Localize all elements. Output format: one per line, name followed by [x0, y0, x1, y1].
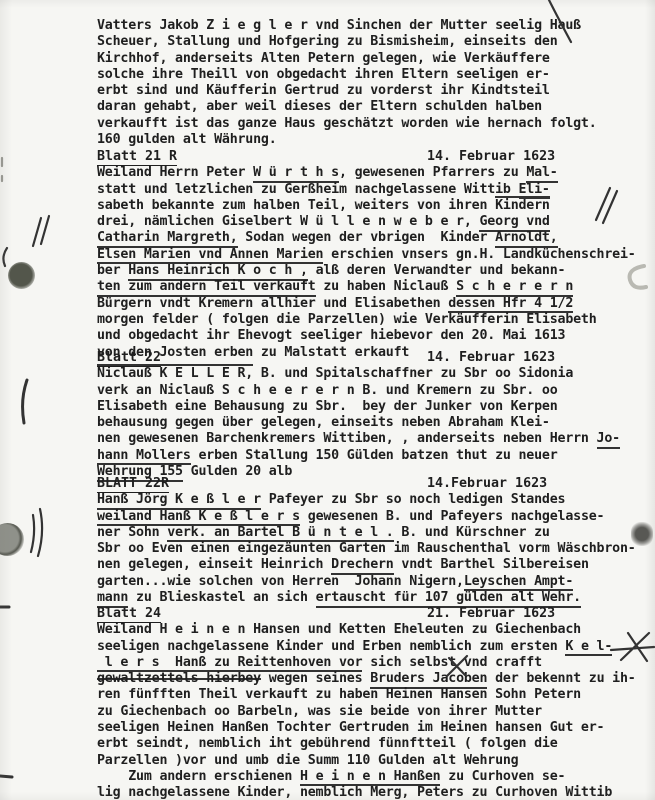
document-line: Bürgern vndt Kremern allhier und Elisabe… [97, 296, 655, 312]
text-run: wegen seines [261, 671, 370, 686]
text-run: sich selbst vnd crafft [362, 655, 542, 670]
text-run: erbt seindt, nemblich iht gebührend fünn… [97, 736, 558, 751]
text-run: erschien vnsers gn.H. Landküchenschrei- [323, 247, 635, 262]
document-line: lig nachgelassene Kinder, nemblich Merg,… [97, 785, 655, 800]
document-line: nen gelegen, einseit Heinrich Drechern v… [97, 557, 655, 573]
text-run: seeligen nachgelassene Kinder und Erben … [97, 639, 565, 654]
double-bar-left-margin [33, 216, 49, 246]
document-line: sabeth bekannte zum halben Teil, weiters… [97, 198, 655, 214]
pen-marked-text: W ü r t h s [253, 165, 339, 183]
document-line: Niclauß K E L L E R, B. und Spitalschaff… [97, 366, 655, 382]
document-line: seeligen nachgelassene Kinder und Erben … [97, 639, 655, 655]
document-line: daran gehabt, aber weil dieses der Elter… [97, 99, 655, 115]
text-run: lig nachgelassene Kinder, nemblich Merg,… [97, 785, 612, 800]
document-line: nen gewesenen Barchenkremers Wittiben, ,… [97, 431, 655, 447]
text-run: garten...wie solchen von Herren Johann N… [97, 574, 464, 589]
text-run: 160 gulden alt Währung. [97, 132, 277, 147]
text-run: Vatters Jakob Z i e g l e r vnd Sinchen … [97, 18, 581, 33]
pen-marked-text: Leyschen Ampt- [464, 574, 573, 592]
section-heading-row: BLATT 22R14.Februar 1623 [97, 476, 655, 492]
record-section: Blatt 2214. Februar 1623Niclauß K E L L … [97, 350, 655, 480]
document-line: verkaufft ist das ganze Haus geschätzt w… [97, 116, 655, 132]
document-line: Zum andern erschienen H e i n e n Hanßen… [97, 769, 655, 785]
pen-marked-text: hann Mollers [97, 448, 191, 466]
text-run: ber [97, 263, 128, 278]
document-line: drei, nämlichen Giselbert W ü l l e n w … [97, 214, 655, 230]
pen-marked-text: verk. an Bartel B ü n t e l . [167, 525, 393, 543]
pen-marked-text: l e r s Hanß zu Reittenhoven vor [97, 655, 362, 673]
document-line: weiland Hanß K e ß l e r s gewesenen B. … [97, 509, 655, 525]
document-line: Hanß Jörg K e ß l e r Pafeyer zu Sbr so … [97, 492, 655, 508]
document-line: erbt sind und Käufferin Gertrud zu vorde… [97, 83, 655, 99]
text-run: alß deren Verwandter und bekann- [308, 263, 566, 278]
text-run: Weiland Herrn Peter [97, 165, 253, 180]
text-run: Pafeyer zu Sbr so noch ledigen Standes [261, 492, 565, 507]
text-run: solche ihre Theill von obgedacht ihren E… [97, 67, 550, 82]
pen-marked-text: S c h e r e r n [456, 279, 573, 297]
pen-marked-text: H e i n e n Hanßen [300, 769, 441, 787]
text-run: ren fünfften Theil verkauft zu haben Hei… [97, 687, 581, 702]
hole-punch-lower [0, 523, 24, 556]
document-line: ten zum andern Teil verkauft zu haben Ni… [97, 279, 655, 295]
text-run: Elisabeth eine Behausung zu Sbr. bey der… [97, 399, 558, 414]
text-run: Zum andern erschienen [97, 769, 300, 784]
pen-marked-text: ten zum andern Teil verkauft [97, 279, 316, 297]
text-run: sabeth bekannte zum halben Teil, weiters… [97, 198, 495, 213]
record-section: Blatt 21 R14. Februar 1623Weiland Herrn … [97, 149, 655, 361]
document-line: seeligen Heinen Hanßen Tochter Gertruden… [97, 720, 655, 736]
text-run: zu Curhoven se- [440, 769, 565, 784]
document-line: Parzellen )vor und umb die Summ 110 Guld… [97, 753, 655, 769]
document-line: morgen felder ( folgen die Parzellen) wi… [97, 312, 655, 328]
text-run: ner Sohn [97, 525, 167, 540]
text-run: B. und Spitalschaffner zu Sbr oo Sidonia [253, 366, 573, 381]
text-run: zu Giechenbach oo Barbeln, was sie beide… [97, 704, 542, 719]
text-run: Scheuer, Stallung und Hofgering zu Bismi… [97, 34, 558, 49]
document-line: Weiland H e i n e n Hansen und Ketten Eh… [97, 622, 655, 638]
pen-marked-text: Arnoldt, [495, 230, 557, 248]
text-run: verkaufft ist das ganze Haus geschätzt w… [97, 116, 597, 131]
pen-marked-text: Catharin Margreth, [97, 230, 238, 248]
ink-smudge-waschbron [631, 522, 653, 546]
text-run: drei, nämlichen Giselbert W ü l l e n w … [97, 214, 479, 229]
document-line: Weiland Herrn Peter W ü r t h s, gewesen… [97, 165, 655, 181]
text-run: gewesenen B. und Pafeyers nachgelasse- [300, 509, 604, 524]
text-run: statt und letzlichen zu Gerßheim nachgel… [97, 182, 519, 197]
pen-marked-text: Kindern [495, 196, 550, 213]
text-run: Sbr oo Even einen eingezäunten Garten im… [97, 541, 636, 556]
text-run: zu haben Niclauß [316, 279, 457, 294]
section-heading-row: Blatt 21 R14. Februar 1623 [97, 149, 655, 165]
pen-marked-text: Hans Heinrich K o c h , [128, 263, 308, 281]
hole-punch-upper [8, 262, 35, 289]
document-line: zu Giechenbach oo Barbeln, was sie beide… [97, 704, 655, 720]
pen-marked-text: Drechern [331, 557, 393, 575]
section-date: 14.Februar 1623 [427, 476, 547, 492]
document-line: Sbr oo Even einen eingezäunten Garten im… [97, 541, 655, 557]
pen-marked-text: Mal- [526, 165, 557, 183]
document-line: ner Sohn verk. an Bartel B ü n t e l . B… [97, 525, 655, 541]
document-line: statt und letzlichen zu Gerßheim nachgel… [97, 182, 655, 198]
document-line: 160 gulden alt Währung. [97, 132, 655, 148]
text-run: behausung gegen über gelegen, einseits n… [97, 415, 550, 430]
text-run: erben Stallung 150 Gülden batzen thut zu… [191, 448, 558, 463]
document-line: Scheuer, Stallung und Hofgering zu Bismi… [97, 34, 655, 50]
scanned-document-page: Vatters Jakob Z i e g l e r vnd Sinchen … [0, 0, 655, 800]
section-date: 14. Februar 1623 [427, 149, 555, 165]
document-line: Kirchhof, anderseits Alten Petern gelege… [97, 51, 655, 67]
dash-left-edge-lower [0, 776, 12, 777]
document-line: verk an Niclauß S c h e e r e r n B. und… [97, 383, 655, 399]
document-line: mann zu Blieskastel an sich ertauscht fü… [97, 590, 655, 606]
section-heading: Blatt 21 R [97, 149, 177, 166]
record-section: Blatt 2421. Februar 1623Weiland H e i n … [97, 606, 655, 800]
text-run: Sodan wegen der vbrigen Kinder [238, 230, 496, 245]
text-run: Weiland H e i n e n Hansen und Ketten Eh… [97, 622, 581, 637]
text-run: B. und Kürschner zu [394, 525, 550, 540]
section-heading: Blatt 22 [97, 350, 161, 367]
pen-marked-text: Jo- [597, 431, 620, 449]
document-line: erbt seindt, nemblich iht gebührend fünn… [97, 736, 655, 752]
document-line: Elisabeth eine Behausung zu Sbr. bey der… [97, 399, 655, 415]
section-heading-row: Blatt 2421. Februar 1623 [97, 606, 655, 622]
pen-marked-text: gewaltzettels hierbey [97, 671, 261, 686]
document-line: gewaltzettels hierbey wegen seines Brude… [97, 671, 655, 687]
document-line: l e r s Hanß zu Reittenhoven vor sich se… [97, 655, 655, 671]
text-run: verk an Niclauß S c h e e r e r n B. und… [97, 383, 558, 398]
text-run: morgen felder ( folgen die Parzellen) wi… [97, 312, 597, 327]
text-run: , gewesenen Pfarrers zu [339, 165, 526, 180]
document-line: Vatters Jakob Z i e g l e r vnd Sinchen … [97, 18, 655, 34]
text-run: nen gelegen, einseit Heinrich [97, 557, 331, 572]
document-line: ber Hans Heinrich K o c h , alß deren Ve… [97, 263, 655, 279]
pen-marked-text: mann [97, 590, 128, 608]
record-section: BLATT 22R14.Februar 1623Hanß Jörg K e ß … [97, 476, 655, 606]
section-heading: BLATT 22R [97, 476, 169, 493]
single-stroke-left-margin [23, 380, 27, 423]
text-run: vndt Barthel Silbereisen [394, 557, 589, 572]
text-run: Parzellen )vor und umb die Summ 110 Guld… [97, 753, 519, 768]
intro-paragraph: Vatters Jakob Z i e g l e r vnd Sinchen … [97, 18, 655, 148]
document-line: und obgedacht ihr Ehevogt seeliger hiebe… [97, 328, 655, 344]
text-run: nen gewesenen Barchenkremers Wittiben, ,… [97, 431, 597, 446]
text-run: zu Blieskastel an sich [128, 590, 315, 605]
pen-marked-text: ertauscht für 107 gülden alt Wehr. [316, 590, 581, 608]
document-line: solche ihre Theill von obgedacht ihren E… [97, 67, 655, 83]
section-heading: Blatt 24 [97, 606, 161, 623]
curved-strokes-left-margin [31, 509, 42, 556]
section-date: 21. Februar 1623 [427, 606, 555, 622]
text-run: daran gehabt, aber weil dieses der Elter… [97, 99, 542, 114]
text-run: seeligen Heinen Hanßen Tochter Gertruden… [97, 720, 604, 735]
document-line: Catharin Margreth, Sodan wegen der vbrig… [97, 230, 655, 246]
section-date: 14. Februar 1623 [427, 350, 555, 366]
text-run: erbt sind und Käufferin Gertrud zu vorde… [97, 83, 550, 98]
document-line: garten...wie solchen von Herren Johann N… [97, 574, 655, 590]
pen-marked-text: weiland Hanß K e ß l e r s [97, 509, 300, 527]
document-line: behausung gegen über gelegen, einseits n… [97, 415, 655, 431]
pen-marked-text: Elsen Marien vnd Annen Marien [97, 247, 323, 265]
pen-marked-text: Hanß Jörg K e ß l e r [97, 492, 261, 510]
text-run: der bekennt zu ih- [487, 671, 635, 686]
document-line: hann Mollers erben Stallung 150 Gülden b… [97, 448, 655, 464]
pen-marked-text: dessen Hfr 4 1/2 [448, 296, 573, 314]
section-heading-row: Blatt 2214. Februar 1623 [97, 350, 655, 366]
text-run: und obgedacht ihr Ehevogt seeliger hiebe… [97, 328, 565, 343]
document-line: Elsen Marien vnd Annen Marien erschien v… [97, 247, 655, 263]
document-line: ren fünfften Theil verkauft zu haben Hei… [97, 687, 655, 703]
paren-left-edge [3, 248, 7, 266]
text-run: Kirchhof, anderseits Alten Petern gelege… [97, 51, 550, 66]
pen-marked-text: K e l- [565, 639, 612, 657]
text-run: Bürgern vndt Kremern allhier und Elisabe… [97, 296, 448, 311]
